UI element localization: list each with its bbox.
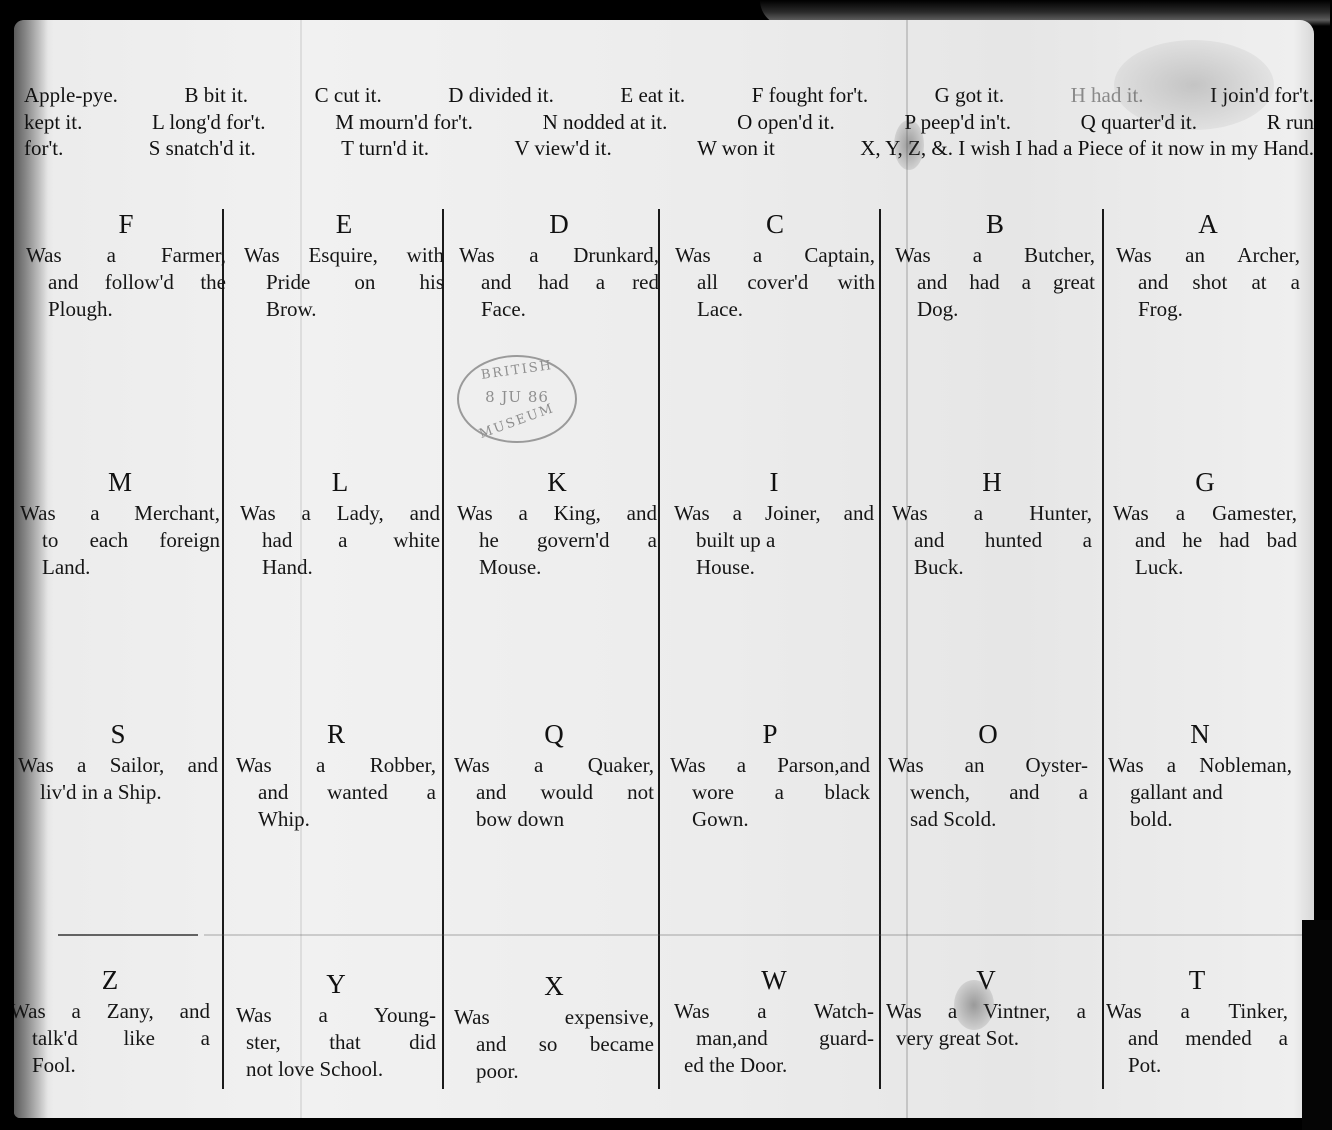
entry-M: M Was a Merchant,to each foreignLand.	[20, 467, 220, 581]
entry-letter: L	[240, 467, 440, 497]
verse-line: bow down	[454, 806, 654, 833]
verse-line: Was expensive,	[454, 1004, 654, 1031]
verse-line: Was a Nobleman,	[1108, 752, 1292, 779]
entry-letter: H	[892, 467, 1092, 497]
column-rule	[879, 209, 881, 1089]
entry-letter: T	[1106, 965, 1288, 995]
column-rule	[442, 209, 444, 1089]
verse-line: gallant and	[1108, 779, 1292, 806]
broadside-sheet: Apple-pye. B bit it. C cut it. D divided…	[14, 20, 1314, 1118]
header-phrase: S snatch'd it.	[149, 135, 256, 162]
verse-line: Was a Quaker,	[454, 752, 654, 779]
column-rule	[1102, 209, 1104, 1089]
header-line-3: for't. S snatch'd it. T turn'd it. V vie…	[24, 135, 1314, 162]
entry-letter: G	[1113, 467, 1297, 497]
verse-line: Was an Oyster-	[888, 752, 1088, 779]
entry-I: I Was a Joiner, andbuilt up aHouse.	[674, 467, 874, 581]
entry-letter: F	[26, 209, 226, 239]
verse-line: bold.	[1108, 806, 1292, 833]
verse-line: Was a Parson,and	[670, 752, 870, 779]
british-museum-stamp: BRITISH 8 JU 86 MUSEUM	[457, 355, 577, 443]
entry-Q: Q Was a Quaker,and would notbow down	[454, 719, 654, 833]
verse-line: Was a Tinker,	[1106, 998, 1288, 1025]
verse-line: Was Esquire, with	[244, 242, 444, 269]
verse-line: all cover'd with	[675, 269, 875, 296]
entry-letter: N	[1108, 719, 1292, 749]
entry-letter: P	[670, 719, 870, 749]
entry-letter: O	[888, 719, 1088, 749]
verse-line: Pride on his	[244, 269, 444, 296]
verse-line: Was an Archer,	[1116, 242, 1300, 269]
verse-line: he govern'd a	[457, 527, 657, 554]
verse-line: Was a King, and	[457, 500, 657, 527]
entry-letter: R	[236, 719, 436, 749]
verse-line: Whip.	[236, 806, 436, 833]
verse-line: wore a black	[670, 779, 870, 806]
row-rule	[204, 934, 1304, 936]
row-rule	[58, 934, 198, 936]
verse-line: Was a Robber,	[236, 752, 436, 779]
entry-K: K Was a King, andhe govern'd aMouse.	[457, 467, 657, 581]
entry-B: B Was a Butcher,and had a greatDog.	[895, 209, 1095, 323]
entry-letter: Y	[236, 969, 436, 999]
verse-line: liv'd in a Ship.	[18, 779, 218, 806]
verse-line: Was a Farmer,	[26, 242, 226, 269]
verse-line: and had a red	[459, 269, 659, 296]
entry-C: C Was a Captain,all cover'd withLace.	[675, 209, 875, 323]
header-phrase: kept it.	[24, 109, 82, 136]
verse-line: Was a Sailor, and	[18, 752, 218, 779]
entry-letter: K	[457, 467, 657, 497]
header-phrase: Apple-pye.	[24, 82, 118, 109]
verse-line: ster, that did	[236, 1029, 436, 1056]
verse-line: Was a Zany, and	[14, 998, 210, 1025]
verse-line: had a white	[240, 527, 440, 554]
entry-letter: I	[674, 467, 874, 497]
verse-line: and follow'd the	[26, 269, 226, 296]
header-phrase: N nodded at it.	[543, 109, 668, 136]
verse-line: wench, and a	[888, 779, 1088, 806]
entry-letter: B	[895, 209, 1095, 239]
verse-line: and so became	[454, 1031, 654, 1058]
alphabet-grid: F Was a Farmer,and follow'd thePlough. E…	[14, 205, 1314, 1105]
header-phrase: L long'd for't.	[152, 109, 266, 136]
verse-line: and shot at a	[1116, 269, 1300, 296]
verse-line: Was a Lady, and	[240, 500, 440, 527]
verse-line: Fool.	[14, 1052, 210, 1079]
verse-line: Brow.	[244, 296, 444, 323]
header-phrase: V view'd it.	[514, 135, 611, 162]
column-rule	[222, 209, 224, 1089]
header-phrase: C cut it.	[315, 82, 382, 109]
verse-line: House.	[674, 554, 874, 581]
verse-line: and had a great	[895, 269, 1095, 296]
entry-letter: S	[18, 719, 218, 749]
ink-smudge	[894, 120, 924, 170]
header-phrase: D divided it.	[448, 82, 554, 109]
entry-G: G Was a Gamester,and he had badLuck.	[1113, 467, 1297, 581]
verse-line: Was a Merchant,	[20, 500, 220, 527]
verse-line: Lace.	[675, 296, 875, 323]
header-phrase: B bit it.	[184, 82, 248, 109]
header-phrase: R run	[1267, 109, 1314, 136]
verse-line: Gown.	[670, 806, 870, 833]
entry-R: R Was a Robber,and wanted aWhip.	[236, 719, 436, 833]
entry-F: F Was a Farmer,and follow'd thePlough.	[26, 209, 226, 323]
verse-line: Was a Captain,	[675, 242, 875, 269]
entry-N: N Was a Nobleman,gallant andbold.	[1108, 719, 1292, 833]
entry-letter: Z	[14, 965, 210, 995]
entry-Z: Z Was a Zany, andtalk'd like aFool.	[14, 965, 210, 1079]
entry-O: O Was an Oyster-wench, and asad Scold.	[888, 719, 1088, 833]
entry-letter: E	[244, 209, 444, 239]
page-edge-shadow	[1302, 920, 1332, 1130]
entry-X: X Was expensive,and so becamepoor.	[454, 971, 654, 1085]
verse-line: Buck.	[892, 554, 1092, 581]
verse-line: Hand.	[240, 554, 440, 581]
header-phrase: O open'd it.	[737, 109, 835, 136]
verse-line: talk'd like a	[14, 1025, 210, 1052]
entry-A: A Was an Archer,and shot at aFrog.	[1116, 209, 1300, 323]
entry-P: P Was a Parson,andwore a blackGown.	[670, 719, 870, 833]
entry-H: H Was a Hunter,and hunted aBuck.	[892, 467, 1092, 581]
entry-letter: W	[674, 965, 874, 995]
entry-S: S Was a Sailor, andliv'd in a Ship.	[18, 719, 218, 806]
verse-line: and would not	[454, 779, 654, 806]
verse-line: built up a	[674, 527, 874, 554]
verse-line: Was a Butcher,	[895, 242, 1095, 269]
verse-line: Was a Drunkard,	[459, 242, 659, 269]
entry-letter: X	[454, 971, 654, 1001]
verse-line: Pot.	[1106, 1052, 1288, 1079]
verse-line: Frog.	[1116, 296, 1300, 323]
verse-line: and hunted a	[892, 527, 1092, 554]
header-phrase: G got it.	[935, 82, 1004, 109]
verse-line: Dog.	[895, 296, 1095, 323]
entry-letter: D	[459, 209, 659, 239]
header-phrase: M mourn'd for't.	[335, 109, 473, 136]
entry-T: T Was a Tinker,and mended aPot.	[1106, 965, 1288, 1079]
verse-line: poor.	[454, 1058, 654, 1085]
verse-line: Plough.	[26, 296, 226, 323]
entry-Y: Y Was a Young-ster, that didnot love Sch…	[236, 969, 436, 1083]
header-phrase: F fought for't.	[752, 82, 868, 109]
entry-E: E Was Esquire, withPride on hisBrow.	[244, 209, 444, 323]
header-phrase: for't.	[24, 135, 63, 162]
header-phrase: E eat it.	[620, 82, 685, 109]
verse-line: and he had bad	[1113, 527, 1297, 554]
verse-line: very great Sot.	[886, 1025, 1086, 1052]
header-line-2: kept it. L long'd for't. M mourn'd for't…	[24, 109, 1314, 136]
verse-line: and wanted a	[236, 779, 436, 806]
verse-line: Luck.	[1113, 554, 1297, 581]
verse-line: not love School.	[236, 1056, 436, 1083]
entry-letter: Q	[454, 719, 654, 749]
verse-line: Land.	[20, 554, 220, 581]
ink-smudge	[954, 980, 994, 1030]
verse-line: Was a Joiner, and	[674, 500, 874, 527]
verse-line: and mended a	[1106, 1025, 1288, 1052]
entry-W: W Was a Watch-man,and guard-ed the Door.	[674, 965, 874, 1079]
verse-line: Mouse.	[457, 554, 657, 581]
header-phrase: X, Y, Z, &. I wish I had a Piece of it n…	[860, 135, 1314, 162]
column-rule	[658, 209, 660, 1089]
verse-line: to each foreign	[20, 527, 220, 554]
entry-letter: M	[20, 467, 220, 497]
entry-D: D Was a Drunkard,and had a redFace.	[459, 209, 659, 323]
header-phrase: W won it	[697, 135, 775, 162]
header-phrase: T turn'd it.	[341, 135, 429, 162]
verse-line: man,and guard-	[674, 1025, 874, 1052]
verse-line: Was a Hunter,	[892, 500, 1092, 527]
verse-line: Was a Watch-	[674, 998, 874, 1025]
ink-smudge	[1114, 40, 1274, 130]
entry-letter: C	[675, 209, 875, 239]
verse-line: Was a Young-	[236, 1002, 436, 1029]
entry-L: L Was a Lady, andhad a whiteHand.	[240, 467, 440, 581]
entry-letter: A	[1116, 209, 1300, 239]
verse-line: sad Scold.	[888, 806, 1088, 833]
verse-line: Was a Gamester,	[1113, 500, 1297, 527]
verse-line: Face.	[459, 296, 659, 323]
verse-line: ed the Door.	[674, 1052, 874, 1079]
